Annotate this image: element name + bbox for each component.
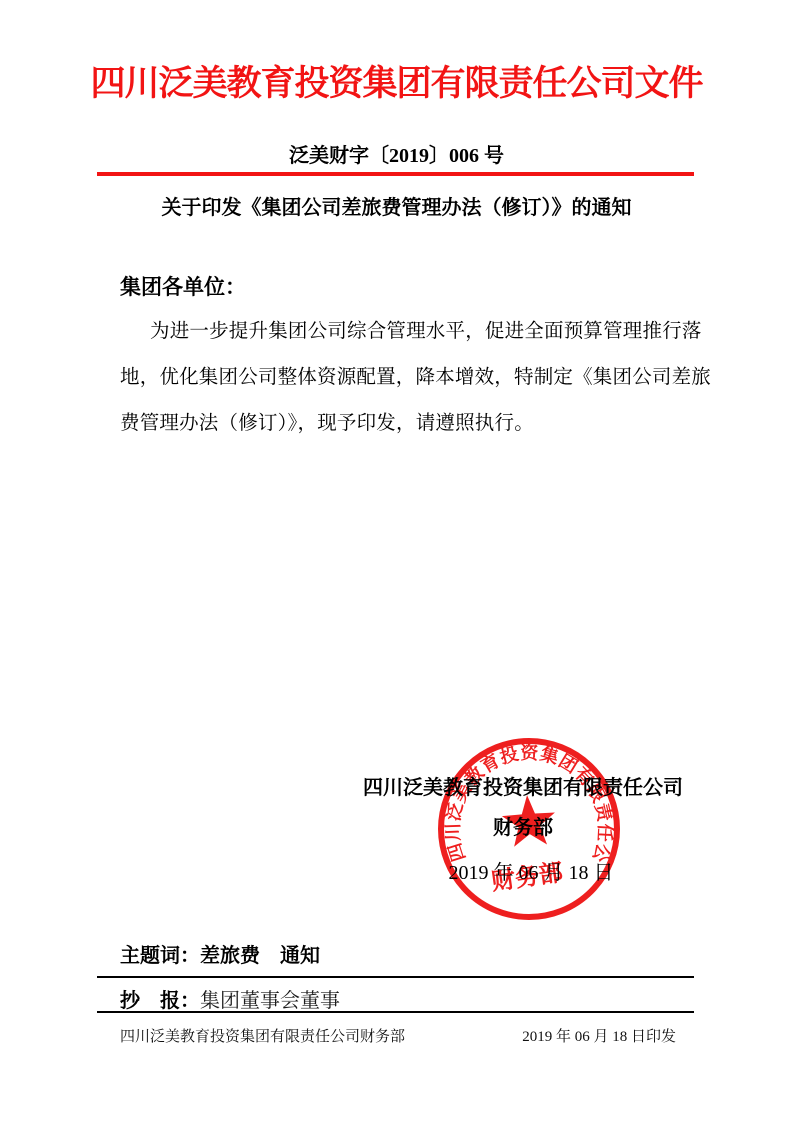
body-line: 费管理办法（修订）》，现予印发，请遵照执行。 — [120, 401, 690, 447]
notice-subject: 关于印发《集团公司差旅费管理办法（修订）》的通知 — [0, 191, 793, 220]
body-line: 为进一步提升集团公司综合管理水平，促进全面预算管理推行落 — [120, 309, 690, 355]
salutation: 集团各单位： — [120, 271, 246, 301]
body-line: 地，优化集团公司整体资源配置，降本增效，特制定《集团公司差旅 — [120, 355, 690, 401]
keywords-value: 差旅费 通知 — [200, 945, 320, 967]
cc-label: 抄 报： — [120, 990, 200, 1012]
footer-issuer: 四川泛美教育投资集团有限责任公司财务部 — [120, 1025, 405, 1046]
keywords-label: 主题词： — [120, 945, 200, 967]
document-number: 泛美财字〔2019〕006 号 — [0, 139, 793, 168]
seal-center-label: 财务部 — [489, 858, 564, 896]
footer-print-date: 2019 年 06 月 18 日印发 — [522, 1025, 676, 1046]
keywords-row: 主题词：差旅费 通知 — [120, 939, 320, 968]
cc-row: 抄 报：集团董事会董事 — [120, 984, 340, 1013]
official-seal: 四川泛美教育投资集团有限责任公司 财务部 — [409, 709, 649, 949]
red-divider-line — [97, 172, 694, 176]
seal-star-icon — [501, 793, 558, 847]
document-page: 四川泛美教育投资集团有限责任公司文件 泛美财字〔2019〕006 号 关于印发《… — [0, 0, 793, 1122]
cc-value: 集团董事会董事 — [200, 990, 340, 1012]
body-paragraph: 为进一步提升集团公司综合管理水平，促进全面预算管理推行落 地，优化集团公司整体资… — [120, 309, 690, 447]
divider-line — [97, 1011, 694, 1013]
divider-line — [97, 976, 694, 978]
document-title: 四川泛美教育投资集团有限责任公司文件 — [0, 56, 793, 106]
